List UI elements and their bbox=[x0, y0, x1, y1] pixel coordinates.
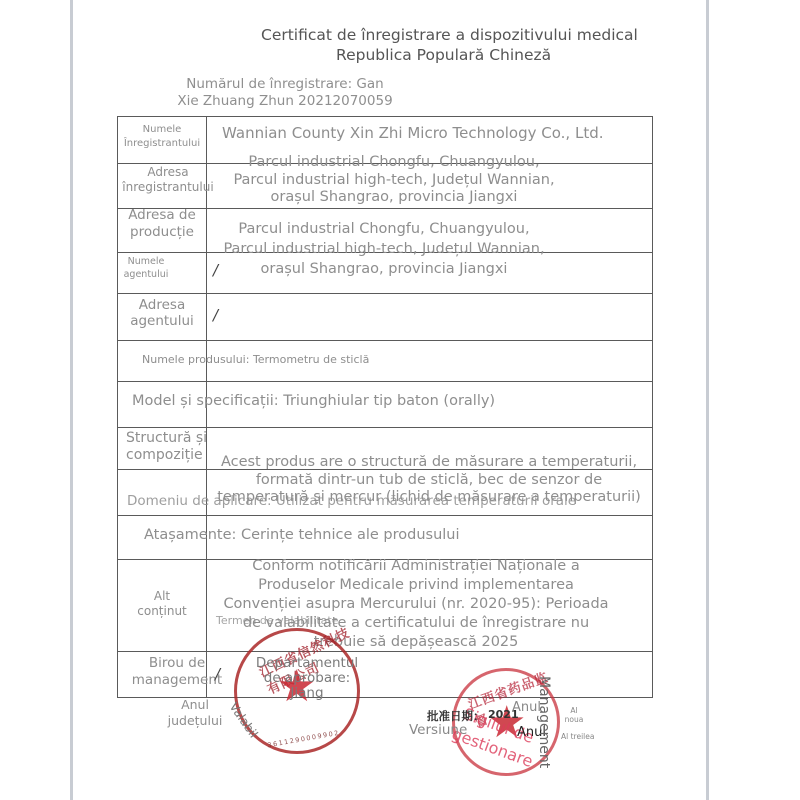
structure-line: formată dintr-un tub de sticlă, bec de s… bbox=[214, 472, 644, 490]
registration-value: Xie Zhuang Zhun 20212070059 bbox=[170, 93, 400, 110]
label-line: Al bbox=[562, 706, 586, 715]
label-line: conținut bbox=[118, 604, 206, 619]
label-line: Alt bbox=[118, 589, 206, 604]
structure-label: Structură și compoziție bbox=[126, 430, 207, 464]
label-line: agentului bbox=[118, 313, 206, 329]
page-edge-right bbox=[706, 0, 709, 800]
title-line-1: Certificat de înregistrare a dispozitivu… bbox=[261, 26, 638, 45]
label-line: compoziție bbox=[126, 447, 207, 464]
management-vertical-label: Management bbox=[536, 676, 552, 768]
registrant-address-value: Parcul industrial Chongfu, Chuangyulou, … bbox=[214, 154, 574, 207]
label-line: producție bbox=[118, 224, 206, 241]
address-line: orașul Shangrao, provincia Jiangxi bbox=[214, 259, 554, 279]
other-line: Conform notificării Administrației Națio… bbox=[214, 557, 618, 576]
approval-department: Departamentul de aprobare: Jiang bbox=[252, 656, 362, 701]
dept-line: Jiang bbox=[252, 686, 362, 701]
label-line: Structură și bbox=[126, 430, 207, 447]
certificate-table: Numele Înregistrantului Wannian County X… bbox=[117, 116, 653, 698]
other-content-label: Alt conținut bbox=[118, 589, 206, 619]
version-label: Versiune bbox=[409, 722, 467, 738]
registrant-name-value: Wannian County Xin Zhi Micro Technology … bbox=[222, 124, 604, 142]
label-line: Adresa bbox=[118, 297, 206, 313]
third-label: Al treilea bbox=[561, 732, 594, 741]
row-divider bbox=[118, 340, 652, 341]
model-specifications: Model și specificații: Triunghiular tip … bbox=[132, 393, 495, 409]
management-office-value: / bbox=[215, 665, 220, 683]
county-year-label: Anul județului bbox=[165, 697, 225, 729]
address-line: Parcul industrial high-tech, Județul Wan… bbox=[214, 172, 574, 190]
label-line: noua bbox=[562, 715, 586, 724]
agent-name-value: / bbox=[213, 261, 218, 279]
row-divider bbox=[118, 293, 652, 294]
seal-number: 3611290009902 bbox=[267, 729, 341, 750]
row-divider bbox=[118, 515, 652, 516]
scope-of-application: Domeniu de aplicare: Utilizat pentru măs… bbox=[127, 493, 576, 509]
attachments: Atașamente: Cerințe tehnice ale produsul… bbox=[144, 527, 460, 543]
address-line: Parcul industrial Chongfu, Chuangyulou, bbox=[214, 154, 574, 172]
agent-name-label: Numele agentului bbox=[118, 255, 174, 281]
production-address-label: Adresa de producție bbox=[118, 207, 206, 241]
registration-label: Numărul de înregistrare: Gan bbox=[170, 76, 400, 93]
registration-number: Numărul de înregistrare: Gan Xie Zhuang … bbox=[170, 76, 400, 110]
other-line: Convenției asupra Mercurului (nr. 2020-9… bbox=[214, 595, 618, 614]
address-line: Parcul industrial high-tech, Județul Wan… bbox=[214, 239, 554, 259]
label-line: Anul bbox=[165, 697, 225, 713]
label-line: Adresa bbox=[118, 165, 218, 180]
product-name: Numele produsului: Termometru de sticlă bbox=[142, 353, 369, 366]
title-line-2: Republica Populară Chineză bbox=[336, 46, 551, 65]
registrant-address-label: Adresa înregistrantului bbox=[118, 165, 218, 195]
label-line: Numele bbox=[118, 255, 174, 268]
row-divider bbox=[118, 381, 652, 382]
page-edge-left bbox=[70, 0, 73, 800]
registrant-name-label: Numele Înregistrantului bbox=[118, 123, 206, 151]
validity-label: Termen de valabilitate bbox=[216, 614, 338, 627]
agent-address-label: Adresa agentului bbox=[118, 297, 206, 329]
label-line: Adresa de bbox=[118, 207, 206, 224]
other-line: Produselor Medicale privind implementare… bbox=[214, 576, 618, 595]
structure-line: Acest produs are o structură de măsurare… bbox=[214, 454, 644, 472]
row-divider bbox=[118, 427, 652, 428]
dept-line: Departamentul bbox=[252, 656, 362, 671]
label-line: înregistrantului bbox=[118, 180, 218, 195]
address-line: Parcul industrial Chongfu, Chuangyulou, bbox=[214, 219, 554, 239]
label-line: județului bbox=[165, 713, 225, 729]
label-line: agentului bbox=[118, 268, 174, 281]
dept-line: de aprobare: bbox=[252, 671, 362, 686]
label-line: Numele bbox=[118, 123, 206, 137]
label-line: Înregistrantului bbox=[118, 137, 206, 151]
production-address-value: Parcul industrial Chongfu, Chuangyulou, … bbox=[214, 219, 554, 279]
agent-address-value: / bbox=[213, 306, 218, 324]
ninth-label: Al noua bbox=[562, 706, 586, 724]
address-line: orașul Shangrao, provincia Jiangxi bbox=[214, 189, 574, 207]
